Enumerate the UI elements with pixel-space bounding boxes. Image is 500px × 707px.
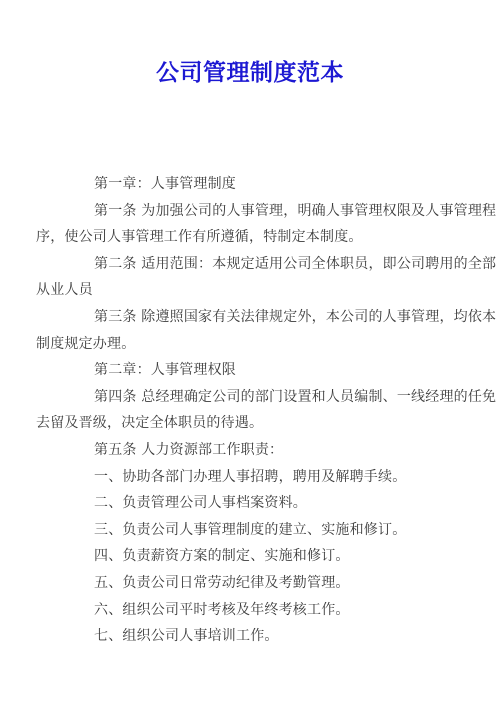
text-line: 从业人员 bbox=[36, 277, 466, 304]
text-line: 六、组织公司平时考核及年终考核工作。 bbox=[36, 597, 466, 624]
text-line: 第三条 除遵照国家有关法律规定外，本公司的人事管理，均依本 bbox=[36, 304, 466, 331]
text-line: 二、负责管理公司人事档案资料。 bbox=[36, 490, 466, 517]
text-line: 第二章：人事管理权限 bbox=[36, 357, 466, 384]
text-line: 一、协助各部门办理人事招聘，聘用及解聘手续。 bbox=[36, 464, 466, 491]
text-line: 七、组织公司人事培训工作。 bbox=[36, 623, 466, 650]
text-line: 第二条 适用范围：本规定适用公司全体职员，即公司聘用的全部 bbox=[36, 251, 466, 278]
text-line: 去留及晋级，决定全体职员的待遇。 bbox=[36, 410, 466, 437]
text-line: 四、负责薪资方案的制定、实施和修订。 bbox=[36, 543, 466, 570]
text-line: 第一条 为加强公司的人事管理，明确人事管理权限及人事管理程 bbox=[36, 198, 466, 225]
text-line: 三、负责公司人事管理制度的建立、实施和修订。 bbox=[36, 517, 466, 544]
document-title: 公司管理制度范本 bbox=[0, 58, 500, 88]
document-body: 第一章：人事管理制度第一条 为加强公司的人事管理，明确人事管理权限及人事管理程序… bbox=[36, 171, 466, 650]
text-line: 制度规定办理。 bbox=[36, 331, 466, 358]
text-line: 第五条 人力资源部工作职责： bbox=[36, 437, 466, 464]
text-line: 第一章：人事管理制度 bbox=[36, 171, 466, 198]
text-line: 五、负责公司日常劳动纪律及考勤管理。 bbox=[36, 570, 466, 597]
text-line: 序，使公司人事管理工作有所遵循，特制定本制度。 bbox=[36, 224, 466, 251]
document-page: 公司管理制度范本 第一章：人事管理制度第一条 为加强公司的人事管理，明确人事管理… bbox=[0, 0, 500, 707]
text-line: 第四条 总经理确定公司的部门设置和人员编制、一线经理的任免 bbox=[36, 384, 466, 411]
